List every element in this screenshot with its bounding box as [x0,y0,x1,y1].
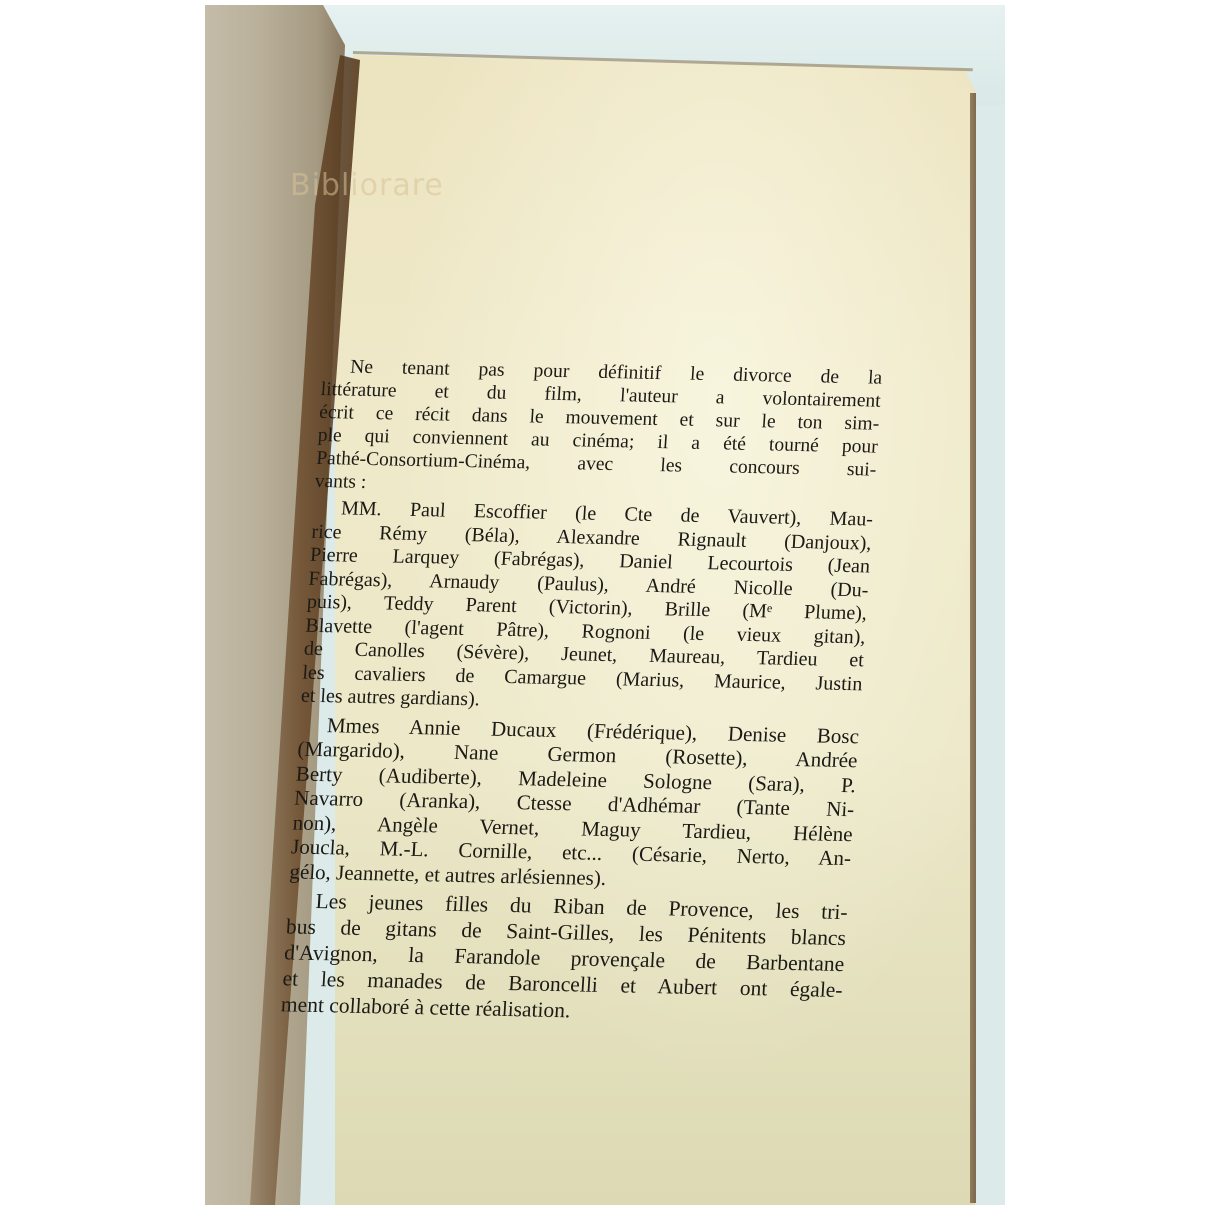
paragraph-groups: Les jeunes filles du Riban de Provence, … [280,887,848,1029]
book-photo: Bibliorare Ne tenant pas pour définitif … [205,5,1005,1205]
paragraph-intro: Ne tenant pas pour définitif le divorce … [314,355,883,505]
page-right-edge [970,93,976,1203]
watermark: Bibliorare [290,168,444,203]
page-text: Ne tenant pas pour définitif le divorce … [280,355,883,1033]
paragraph-actresses: Mmes Annie Ducaux (Frédérique), Denise B… [289,712,860,895]
paragraph-actors: MM. Paul Escoffier (le Cte de Vauvert), … [300,497,874,720]
